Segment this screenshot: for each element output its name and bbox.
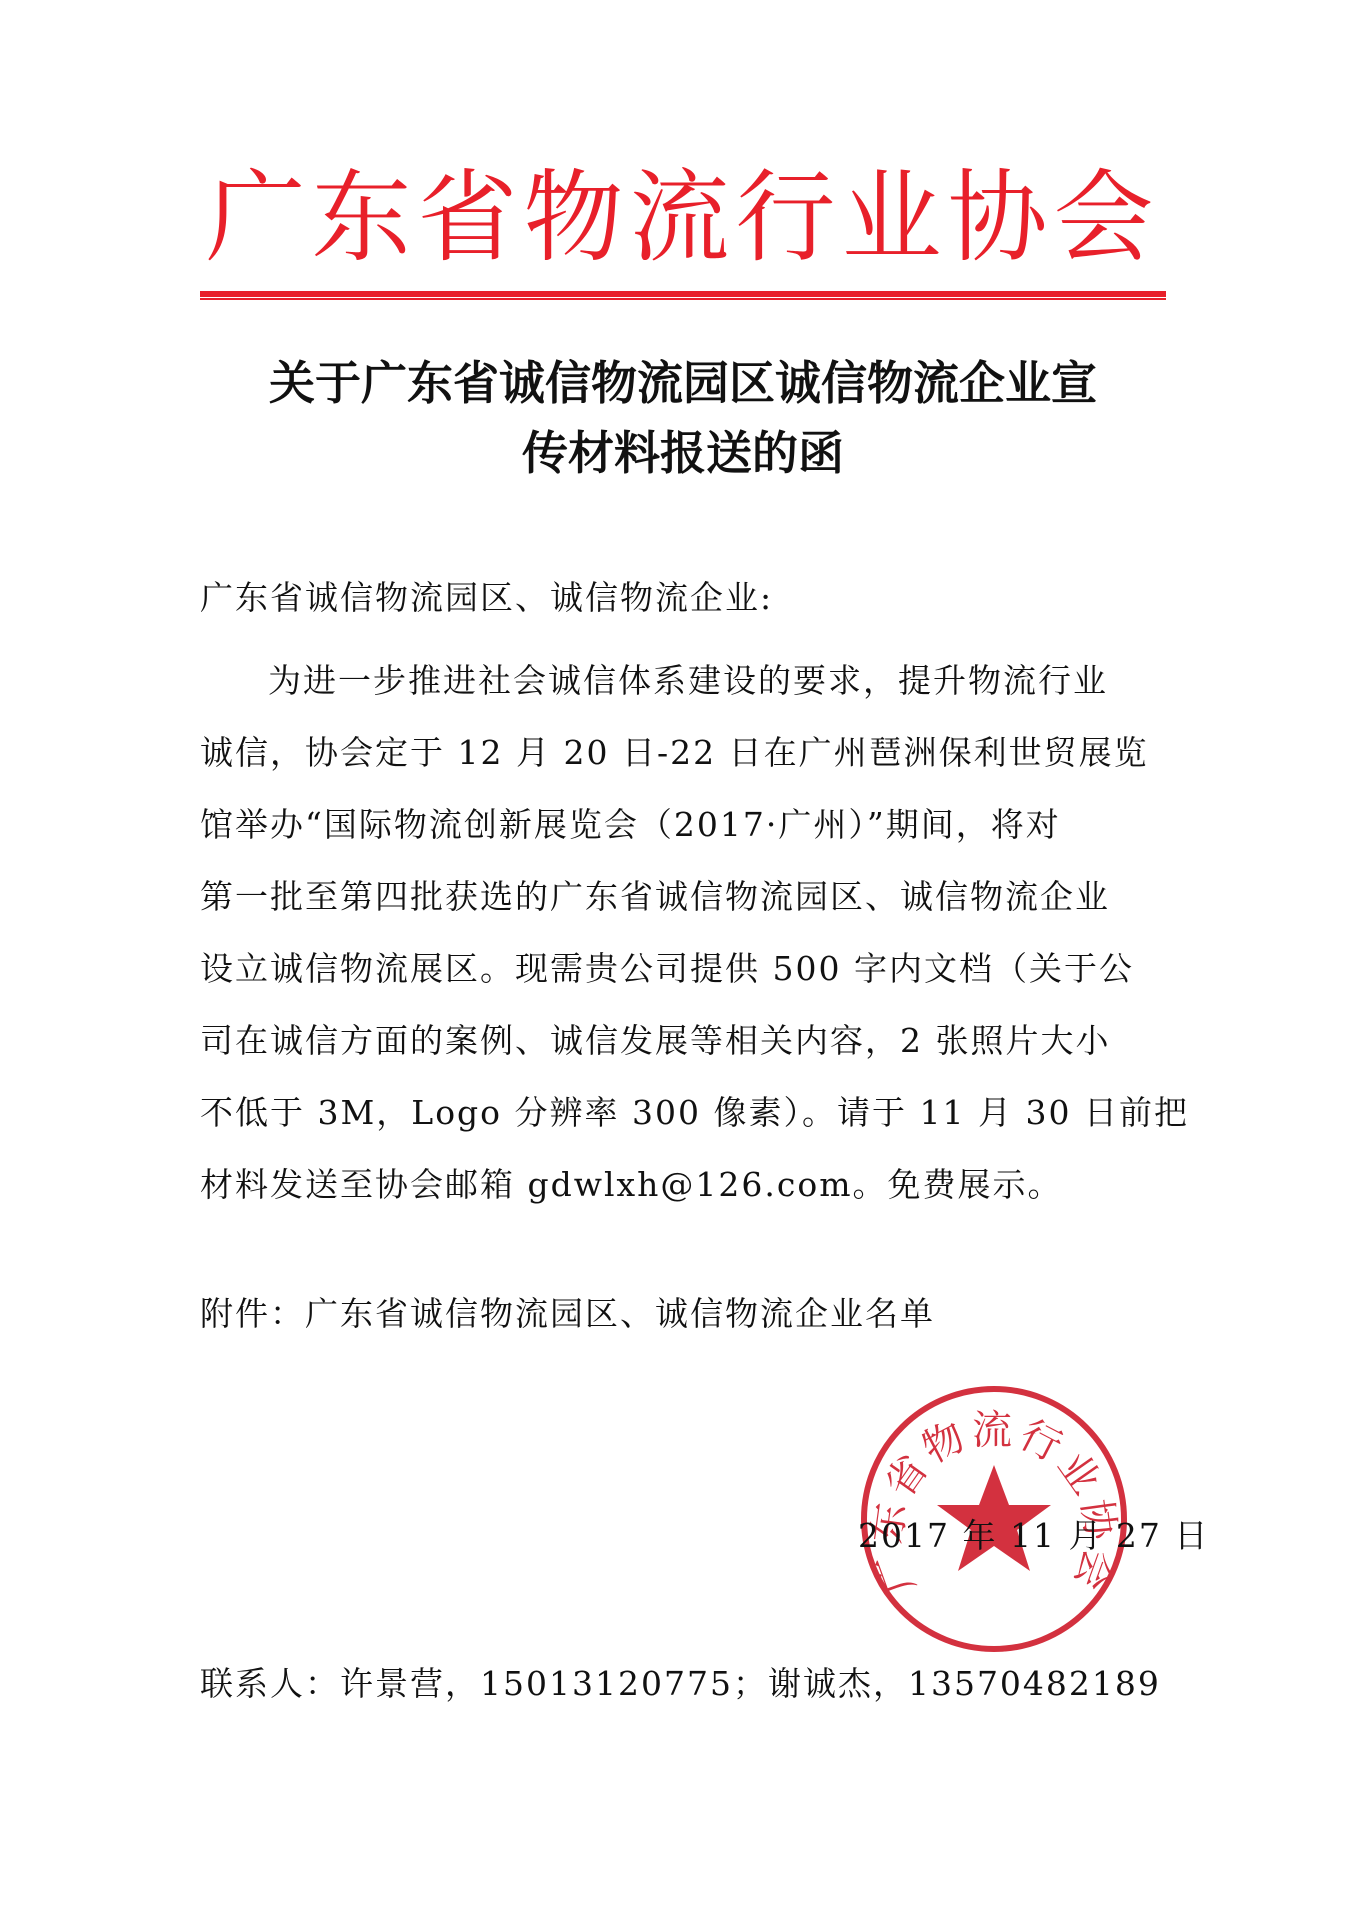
letterhead-rule-thick — [200, 291, 1166, 297]
body-line: 为进一步推进社会诚信体系建设的要求，提升物流行业 — [200, 645, 1170, 717]
body-line: 设立诚信物流展区。现需贵公司提供 500 字内文档（关于公 — [200, 933, 1170, 1005]
body-line: 第一批至第四批获选的广东省诚信物流园区、诚信物流企业 — [200, 861, 1170, 933]
body-line: 司在诚信方面的案例、诚信发展等相关内容，2 张照片大小 — [200, 1005, 1170, 1077]
document-title-line-1: 关于广东省诚信物流园区诚信物流企业宣 — [200, 348, 1166, 418]
body-line: 不低于 3M，Logo 分辨率 300 像素）。请于 11 月 30 日前把 — [200, 1077, 1170, 1149]
salutation: 广东省诚信物流园区、诚信物流企业: — [200, 572, 773, 619]
letterhead-rule-thin — [200, 298, 1166, 300]
body-line: 馆举办“国际物流创新展览会（2017·广州）”期间，将对 — [200, 789, 1170, 861]
body-line: 材料发送至协会邮箱 gdwlxh@126.com。免费展示。 — [200, 1149, 1170, 1221]
attachment-note: 附件：广东省诚信物流园区、诚信物流企业名单 — [200, 1288, 935, 1335]
contact-info: 联系人：许景营，15013120775；谢诚杰，13570482189 — [200, 1658, 1161, 1705]
body-line: 诚信，协会定于 12 月 20 日-22 日在广州琶洲保利世贸展览 — [200, 717, 1170, 789]
document-title: 关于广东省诚信物流园区诚信物流企业宣 传材料报送的函 — [200, 348, 1166, 488]
organization-letterhead: 广东省物流行业协会 — [195, 160, 1170, 275]
document-page: 广东省物流行业协会 关于广东省诚信物流园区诚信物流企业宣 传材料报送的函 广东省… — [0, 0, 1354, 1909]
document-title-line-2: 传材料报送的函 — [200, 418, 1166, 488]
document-date: 2017 年 11 月 27 日 — [858, 1510, 1209, 1557]
body-paragraph: 为进一步推进社会诚信体系建设的要求，提升物流行业 诚信，协会定于 12 月 20… — [200, 645, 1170, 1221]
